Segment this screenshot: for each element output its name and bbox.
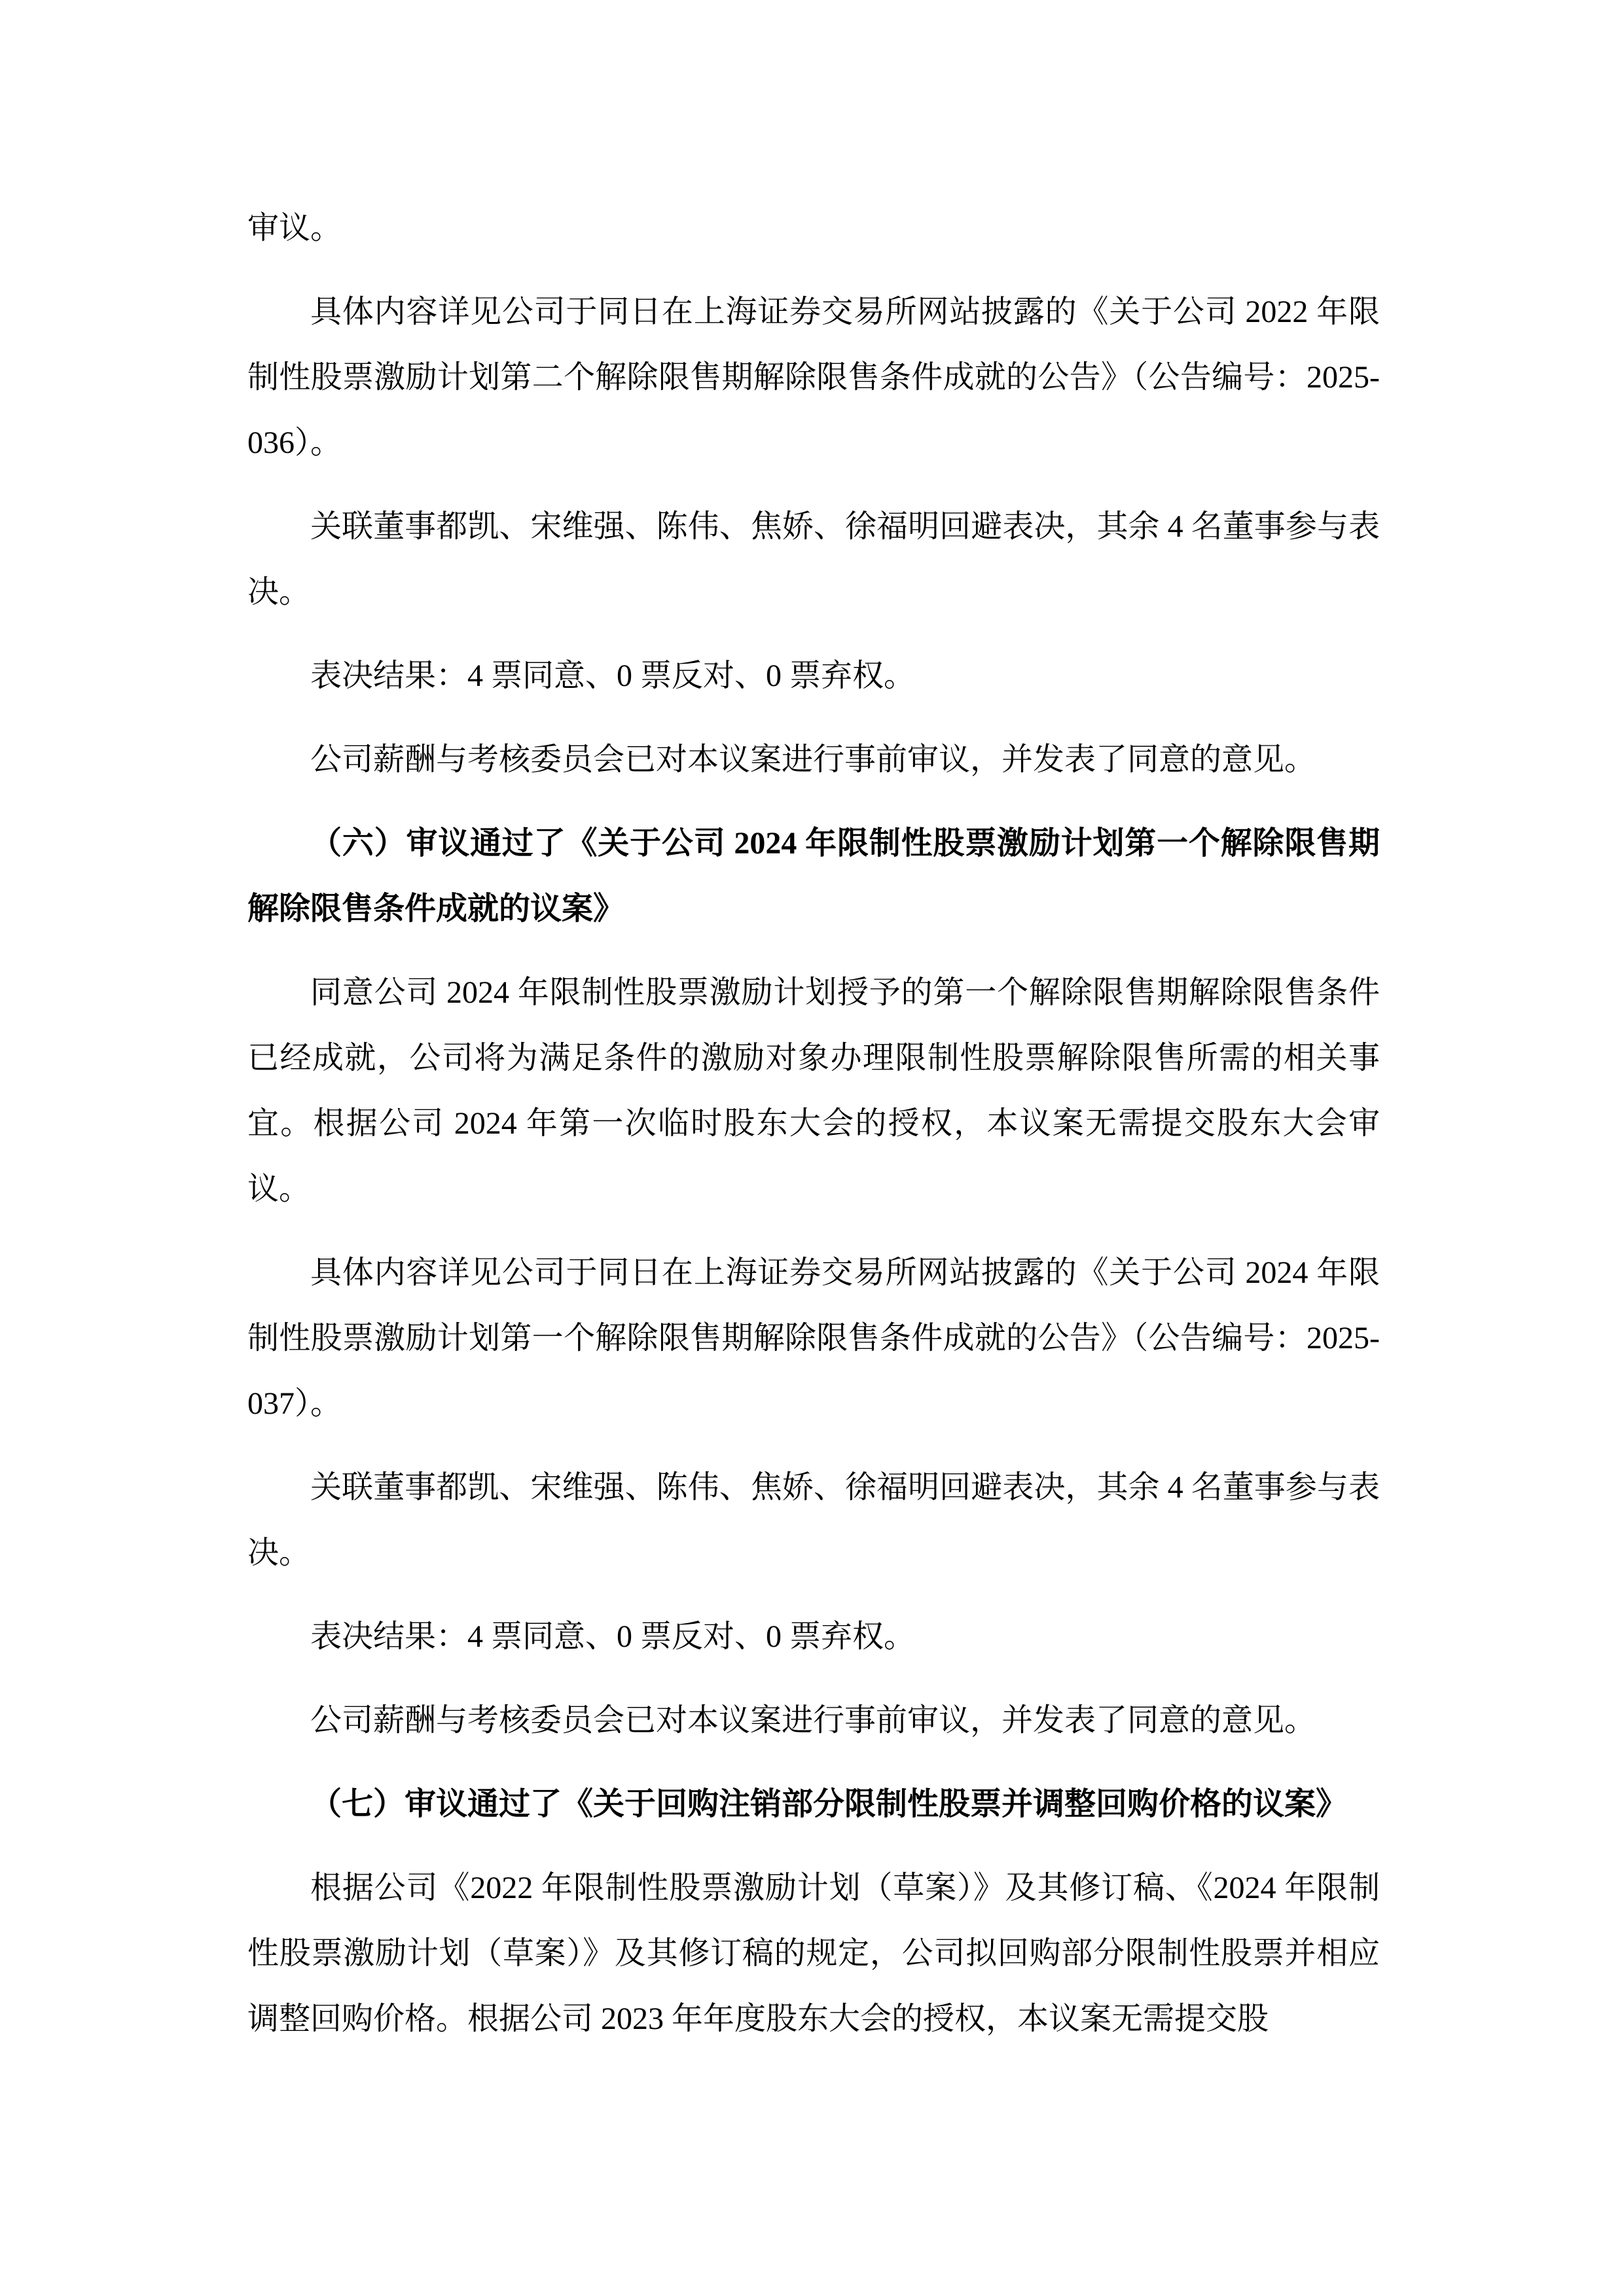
paragraph-vote-result-1: 表决结果：4 票同意、0 票反对、0 票弃权。 xyxy=(247,643,1380,709)
paragraph-abstaining-directors-2: 关联董事都凯、宋维强、陈伟、焦娇、徐福明回避表决，其余 4 名董事参与表决。 xyxy=(247,1455,1380,1586)
paragraph-committee-opinion-2: 公司薪酬与考核委员会已对本议案进行事前审议，并发表了同意的意见。 xyxy=(247,1688,1380,1753)
paragraph-disclosure-2024-plan: 具体内容详见公司于同日在上海证券交易所网站披露的《关于公司 2024 年限制性股… xyxy=(247,1240,1380,1437)
paragraph-disclosure-2022-plan: 具体内容详见公司于同日在上海证券交易所网站披露的《关于公司 2022 年限制性股… xyxy=(247,279,1380,476)
section-heading-item-7: （七）审议通过了《关于回购注销部分限制性股票并调整回购价格的议案》 xyxy=(247,1772,1380,1837)
paragraph-vote-result-2: 表决结果：4 票同意、0 票反对、0 票弃权。 xyxy=(247,1604,1380,1670)
paragraph-item-6-body: 同意公司 2024 年限制性股票激励计划授予的第一个解除限售期解除限售条件已经成… xyxy=(247,960,1380,1222)
section-heading-item-6: （六）审议通过了《关于公司 2024 年限制性股票激励计划第一个解除限售期解除限… xyxy=(247,811,1380,942)
document-page: 审议。 具体内容详见公司于同日在上海证券交易所网站披露的《关于公司 2022 年… xyxy=(0,0,1624,2296)
paragraph-review-continuation: 审议。 xyxy=(247,196,1380,261)
paragraph-abstaining-directors-1: 关联董事都凯、宋维强、陈伟、焦娇、徐福明回避表决，其余 4 名董事参与表决。 xyxy=(247,494,1380,625)
paragraph-item-7-body: 根据公司《2022 年限制性股票激励计划（草案）》及其修订稿、《2024 年限制… xyxy=(247,1856,1380,2052)
paragraph-committee-opinion-1: 公司薪酬与考核委员会已对本议案进行事前审议，并发表了同意的意见。 xyxy=(247,727,1380,793)
document-body: 审议。 具体内容详见公司于同日在上海证券交易所网站披露的《关于公司 2022 年… xyxy=(247,196,1380,2070)
